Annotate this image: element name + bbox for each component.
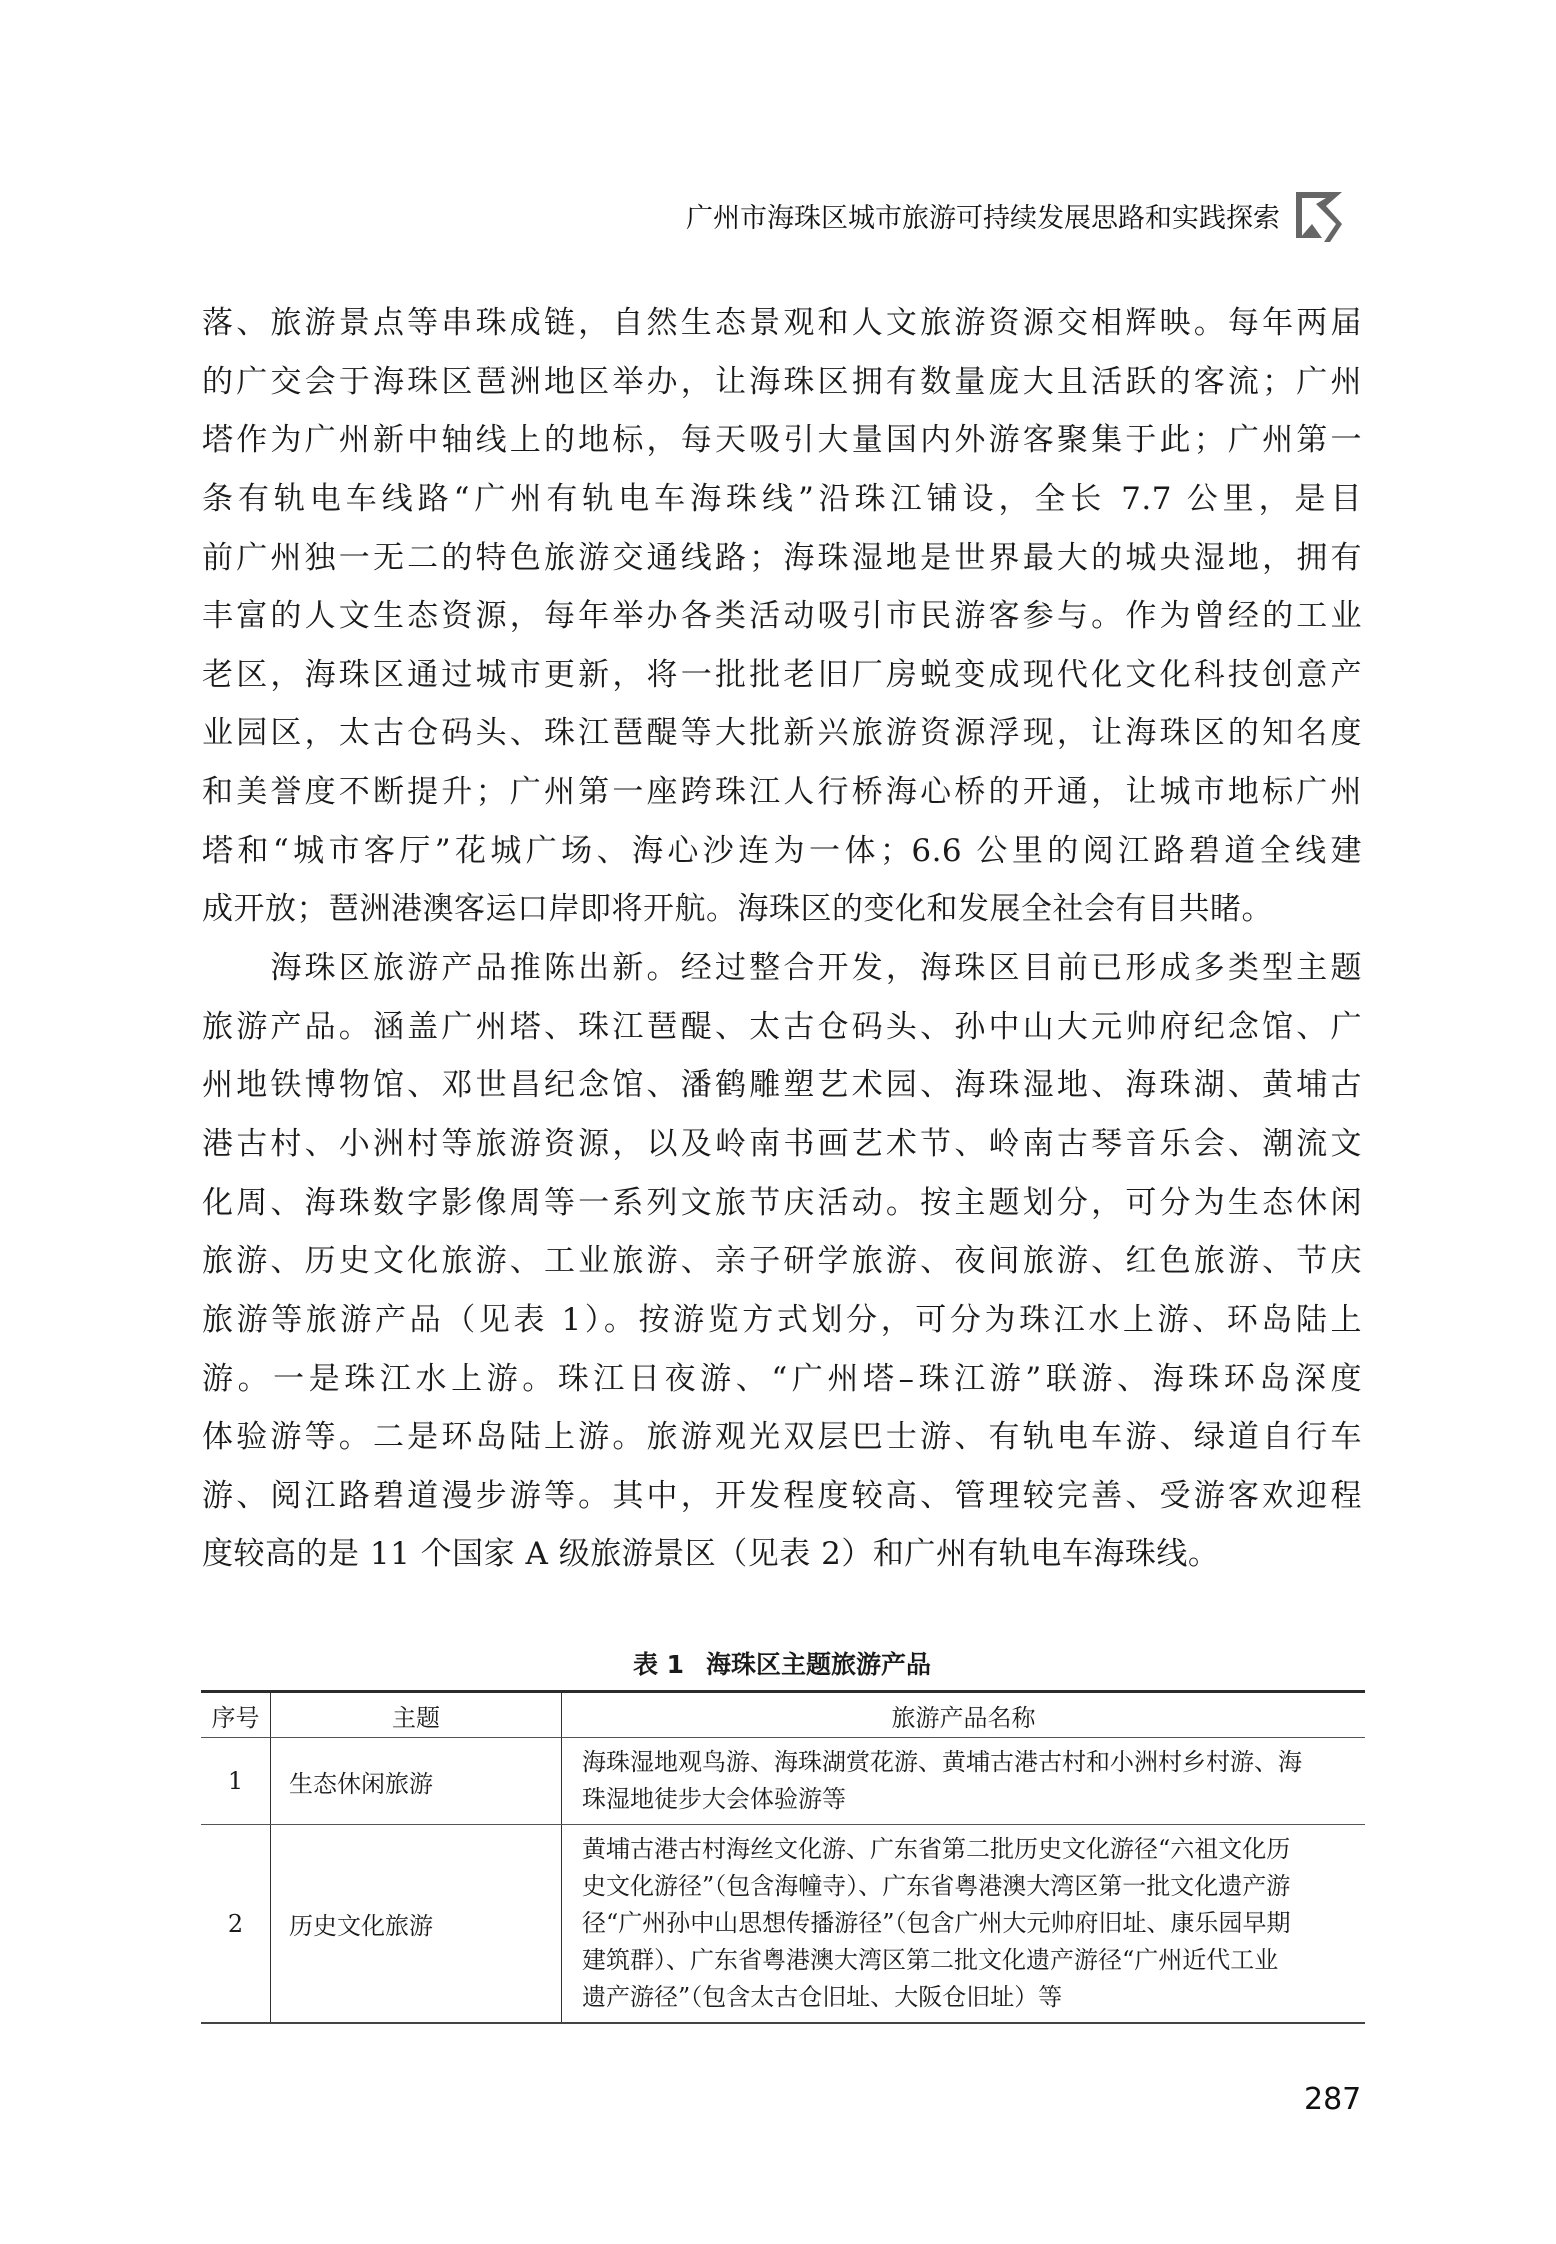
cell-product-line: 遗产游径”（包含太古仓旧址、大阪仓旧址）等 bbox=[582, 1979, 1353, 2016]
text-line: 化周、海珠数字影像周等一系列文旅节庆活动。按主题划分，可分为生态休闲 bbox=[202, 1174, 1362, 1233]
text-line: 条有轨电车线路“广州有轨电车海珠线”沿珠江铺设，全长 7.7 公里，是目 bbox=[202, 470, 1362, 529]
table-caption-number: 表 1 bbox=[633, 1650, 684, 1679]
text-line: 游。一是珠江水上游。珠江日夜游、“广州塔–珠江游”联游、海珠环岛深度 bbox=[202, 1350, 1362, 1409]
cell-theme: 生态休闲旅游 bbox=[271, 1738, 562, 1825]
text-line: 旅游产品。涵盖广州塔、珠江琶醍、太古仓码头、孙中山大元帅府纪念馆、广 bbox=[202, 998, 1362, 1057]
cell-index: 2 bbox=[201, 1825, 271, 2024]
cell-product-line: 建筑群）、广东省粤港澳大湾区第二批文化遗产游径“广州近代工业 bbox=[582, 1942, 1353, 1979]
cell-products: 黄埔古港古村海丝文化游、广东省第二批历史文化游径“六祖文化历 史文化游径”（包含… bbox=[562, 1825, 1366, 2024]
text-line: 度较高的是 11 个国家 A 级旅游景区（见表 2）和广州有轨电车海珠线。 bbox=[202, 1525, 1362, 1584]
cell-product-line: 径“广州孙中山思想传播游径”（包含广州大元帅府旧址、康乐园早期 bbox=[582, 1905, 1353, 1942]
text-line: 老区，海珠区通过城市更新，将一批批老旧厂房蜕变成现代化文化科技创意产 bbox=[202, 646, 1362, 705]
table-row: 2 历史文化旅游 黄埔古港古村海丝文化游、广东省第二批历史文化游径“六祖文化历 … bbox=[201, 1825, 1365, 2024]
table-header-row: 序号 主题 旅游产品名称 bbox=[201, 1692, 1365, 1738]
cell-product-line: 海珠湿地观鸟游、海珠湖赏花游、黄埔古港古村和小洲村乡村游、海 bbox=[582, 1744, 1353, 1781]
cell-theme: 历史文化旅游 bbox=[271, 1825, 562, 2024]
text-line: 州地铁博物馆、邓世昌纪念馆、潘鹤雕塑艺术园、海珠湿地、海珠湖、黄埔古 bbox=[202, 1056, 1362, 1115]
cell-index: 1 bbox=[201, 1738, 271, 1825]
header-products: 旅游产品名称 bbox=[562, 1692, 1366, 1738]
page-number: 287 bbox=[1304, 2082, 1361, 2117]
cell-products: 海珠湿地观鸟游、海珠湖赏花游、黄埔古港古村和小洲村乡村游、海 珠湿地徒步大会体验… bbox=[562, 1738, 1366, 1825]
running-header-title: 广州市海珠区城市旅游可持续发展思路和实践探索 bbox=[600, 196, 1280, 235]
cell-product-line: 黄埔古港古村海丝文化游、广东省第二批历史文化游径“六祖文化历 bbox=[582, 1831, 1353, 1868]
header-theme: 主题 bbox=[271, 1692, 562, 1738]
text-line: 的广交会于海珠区琶洲地区举办，让海珠区拥有数量庞大且活跃的客流；广州 bbox=[202, 353, 1362, 412]
header-index: 序号 bbox=[201, 1692, 271, 1738]
text-line: 丰富的人文生态资源，每年举办各类活动吸引市民游客参与。作为曾经的工业 bbox=[202, 587, 1362, 646]
table-caption: 表 1海珠区主题旅游产品 bbox=[202, 1645, 1362, 1681]
text-line: 塔和“城市客厅”花城广场、海心沙连为一体；6.6 公里的阅江路碧道全线建 bbox=[202, 822, 1362, 881]
text-line: 塔作为广州新中轴线上的地标，每天吸引大量国内外游客聚集于此；广州第一 bbox=[202, 411, 1362, 470]
table-row: 1 生态休闲旅游 海珠湿地观鸟游、海珠湖赏花游、黄埔古港古村和小洲村乡村游、海 … bbox=[201, 1738, 1365, 1825]
text-line: 旅游、历史文化旅游、工业旅游、亲子研学旅游、夜间旅游、红色旅游、节庆 bbox=[202, 1232, 1362, 1291]
cell-product-line: 珠湿地徒步大会体验游等 bbox=[582, 1781, 1353, 1818]
text-line: 和美誉度不断提升；广州第一座跨珠江人行桥海心桥的开通，让城市地标广州 bbox=[202, 763, 1362, 822]
text-line: 业园区，太古仓码头、珠江琶醍等大批新兴旅游资源浮现，让海珠区的知名度 bbox=[202, 704, 1362, 763]
text-line: 前广州独一无二的特色旅游交通线路；海珠湿地是世界最大的城央湿地，拥有 bbox=[202, 529, 1362, 588]
cell-product-line: 史文化游径”（包含海幢寺）、广东省粤港澳大湾区第一批文化遗产游 bbox=[582, 1868, 1353, 1905]
body-paragraphs: 落、旅游景点等串珠成链，自然生态景观和人文旅游资源交相辉映。每年两届 的广交会于… bbox=[202, 294, 1362, 1584]
theme-tourism-products-table: 序号 主题 旅游产品名称 1 生态休闲旅游 海珠湿地观鸟游、海珠湖赏花游、黄埔古… bbox=[201, 1690, 1365, 2024]
text-line: 体验游等。二是环岛陆上游。旅游观光双层巴士游、有轨电车游、绿道自行车 bbox=[202, 1408, 1362, 1467]
chapter-arrow-logo-icon bbox=[1292, 188, 1362, 244]
text-line: 落、旅游景点等串珠成链，自然生态景观和人文旅游资源交相辉映。每年两届 bbox=[202, 294, 1362, 353]
table-caption-title: 海珠区主题旅游产品 bbox=[706, 1650, 931, 1679]
text-line: 成开放；琶洲港澳客运口岸即将开航。海珠区的变化和发展全社会有目共睹。 bbox=[202, 880, 1362, 939]
text-line: 海珠区旅游产品推陈出新。经过整合开发，海珠区目前已形成多类型主题 bbox=[202, 939, 1362, 998]
text-line: 港古村、小洲村等旅游资源，以及岭南书画艺术节、岭南古琴音乐会、潮流文 bbox=[202, 1115, 1362, 1174]
text-line: 游、阅江路碧道漫步游等。其中，开发程度较高、管理较完善、受游客欢迎程 bbox=[202, 1467, 1362, 1526]
text-line: 旅游等旅游产品（见表 1）。按游览方式划分，可分为珠江水上游、环岛陆上 bbox=[202, 1291, 1362, 1350]
